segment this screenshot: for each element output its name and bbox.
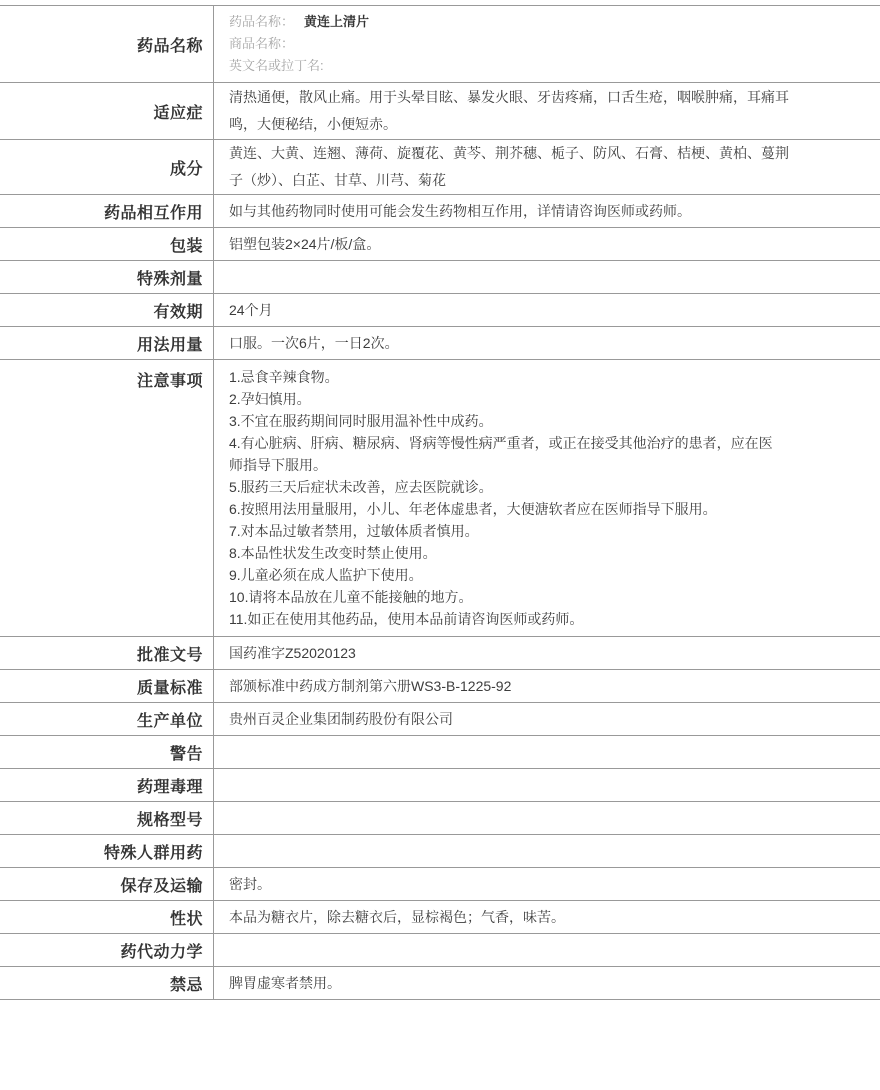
drug-info-table: 药品名称 药品名称：黄连上清片 商品名称： 英文名或拉丁名: 适应症 清热通便，… (0, 5, 880, 1000)
table-row: 药理毒理 (0, 769, 880, 802)
table-row: 药代动力学 (0, 934, 880, 967)
table-row: 禁忌 脾胃虚寒者禁用。 (0, 967, 880, 1000)
row-value-quality-standard: 部颁标准中药成方制剂第六册WS3-B-1225-92 (214, 670, 880, 703)
row-label-packaging: 包装 (0, 228, 214, 261)
row-value-dosage: 口服。一次6片，一日2次。 (214, 327, 880, 360)
latin-name-line: 英文名或拉丁名: (229, 55, 872, 77)
row-label-ingredients: 成分 (0, 140, 214, 195)
table-row: 保存及运输 密封。 (0, 868, 880, 901)
row-value-drug-name: 药品名称：黄连上清片 商品名称： 英文名或拉丁名: (214, 6, 880, 83)
precaution-item: 5.服药三天后症状未改善，应去医院就诊。 (229, 476, 872, 498)
table-row: 警告 (0, 736, 880, 769)
row-label-dosage: 用法用量 (0, 327, 214, 360)
row-value-storage: 密封。 (214, 868, 880, 901)
table-row: 注意事项 1.忌食辛辣食物。 2.孕妇慎用。 3.不宜在服药期间同时服用温补性中… (0, 360, 880, 637)
row-label-specification: 规格型号 (0, 802, 214, 835)
row-value-characters: 本品为糖衣片，除去糖衣后，显棕褐色；气香，味苦。 (214, 901, 880, 934)
table-row: 批准文号 国药准字Z52020123 (0, 637, 880, 670)
row-label-characters: 性状 (0, 901, 214, 934)
row-label-precautions: 注意事项 (0, 360, 214, 637)
row-label-indications: 适应症 (0, 83, 214, 140)
drug-name-value: 黄连上清片 (304, 14, 369, 29)
precaution-item: 11.如正在使用其他药品，使用本品前请咨询医师或药师。 (229, 608, 872, 630)
precaution-item: 8.本品性状发生改变时禁止使用。 (229, 542, 872, 564)
row-label-manufacturer: 生产单位 (0, 703, 214, 736)
row-label-warning: 警告 (0, 736, 214, 769)
row-value-contraindications: 脾胃虚寒者禁用。 (214, 967, 880, 1000)
row-value-specification (214, 802, 880, 835)
row-label-pharmacology: 药理毒理 (0, 769, 214, 802)
table-row: 特殊剂量 (0, 261, 880, 294)
row-label-approval-number: 批准文号 (0, 637, 214, 670)
row-label-special-population: 特殊人群用药 (0, 835, 214, 868)
row-label-validity: 有效期 (0, 294, 214, 327)
table-row: 包装 铝塑包装2×24片/板/盒。 (0, 228, 880, 261)
precaution-item: 6.按照用法用量服用，小儿、年老体虚患者，大便溏软者应在医师指导下服用。 (229, 498, 872, 520)
row-value-ingredients: 黄连、大黄、连翘、薄荷、旋覆花、黄芩、荆芥穗、栀子、防风、石膏、桔梗、黄柏、蔓荆… (214, 140, 880, 195)
row-value-indications: 清热通便，散风止痛。用于头晕目眩、暴发火眼、牙齿疼痛，口舌生疮，咽喉肿痛，耳痛耳… (214, 83, 880, 140)
row-value-warning (214, 736, 880, 769)
row-value-pharmacokinetics (214, 934, 880, 967)
row-value-approval-number: 国药准字Z52020123 (214, 637, 880, 670)
drug-info-page: 药品名称 药品名称：黄连上清片 商品名称： 英文名或拉丁名: 适应症 清热通便，… (0, 0, 880, 1090)
row-label-pharmacokinetics: 药代动力学 (0, 934, 214, 967)
trade-name-line: 商品名称： (229, 33, 872, 55)
row-label-contraindications: 禁忌 (0, 967, 214, 1000)
row-value-pharmacology (214, 769, 880, 802)
row-value-interactions: 如与其他药物同时使用可能会发生药物相互作用，详情请咨询医师或药师。 (214, 195, 880, 228)
table-row: 药品名称 药品名称：黄连上清片 商品名称： 英文名或拉丁名: (0, 6, 880, 83)
table-row: 药品相互作用 如与其他药物同时使用可能会发生药物相互作用，详情请咨询医师或药师。 (0, 195, 880, 228)
table-row: 特殊人群用药 (0, 835, 880, 868)
row-value-special-population (214, 835, 880, 868)
table-row: 适应症 清热通便，散风止痛。用于头晕目眩、暴发火眼、牙齿疼痛，口舌生疮，咽喉肿痛… (0, 83, 880, 140)
row-value-manufacturer: 贵州百灵企业集团制药股份有限公司 (214, 703, 880, 736)
precaution-item: 9.儿童必须在成人监护下使用。 (229, 564, 872, 586)
precaution-item: 2.孕妇慎用。 (229, 388, 872, 410)
row-label-interactions: 药品相互作用 (0, 195, 214, 228)
row-value-packaging: 铝塑包装2×24片/板/盒。 (214, 228, 880, 261)
row-value-precautions: 1.忌食辛辣食物。 2.孕妇慎用。 3.不宜在服药期间同时服用温补性中成药。 4… (214, 360, 880, 637)
precaution-item: 1.忌食辛辣食物。 (229, 366, 872, 388)
table-row: 用法用量 口服。一次6片，一日2次。 (0, 327, 880, 360)
precaution-item: 7.对本品过敏者禁用，过敏体质者慎用。 (229, 520, 872, 542)
table-row: 有效期 24个月 (0, 294, 880, 327)
drug-name-field-label: 药品名称： (229, 14, 294, 29)
row-label-special-dosage: 特殊剂量 (0, 261, 214, 294)
row-value-validity: 24个月 (214, 294, 880, 327)
table-row: 质量标准 部颁标准中药成方制剂第六册WS3-B-1225-92 (0, 670, 880, 703)
drug-name-line: 药品名称：黄连上清片 (229, 11, 872, 33)
table-row: 规格型号 (0, 802, 880, 835)
row-value-special-dosage (214, 261, 880, 294)
precaution-item: 4.有心脏病、肝病、糖尿病、肾病等慢性病严重者，或正在接受其他治疗的患者，应在医… (229, 432, 872, 476)
precaution-item: 10.请将本品放在儿童不能接触的地方。 (229, 586, 872, 608)
row-label-drug-name: 药品名称 (0, 6, 214, 83)
row-label-quality-standard: 质量标准 (0, 670, 214, 703)
table-row: 性状 本品为糖衣片，除去糖衣后，显棕褐色；气香，味苦。 (0, 901, 880, 934)
table-row: 成分 黄连、大黄、连翘、薄荷、旋覆花、黄芩、荆芥穗、栀子、防风、石膏、桔梗、黄柏… (0, 140, 880, 195)
row-label-storage: 保存及运输 (0, 868, 214, 901)
table-row: 生产单位 贵州百灵企业集团制药股份有限公司 (0, 703, 880, 736)
precaution-item: 3.不宜在服药期间同时服用温补性中成药。 (229, 410, 872, 432)
